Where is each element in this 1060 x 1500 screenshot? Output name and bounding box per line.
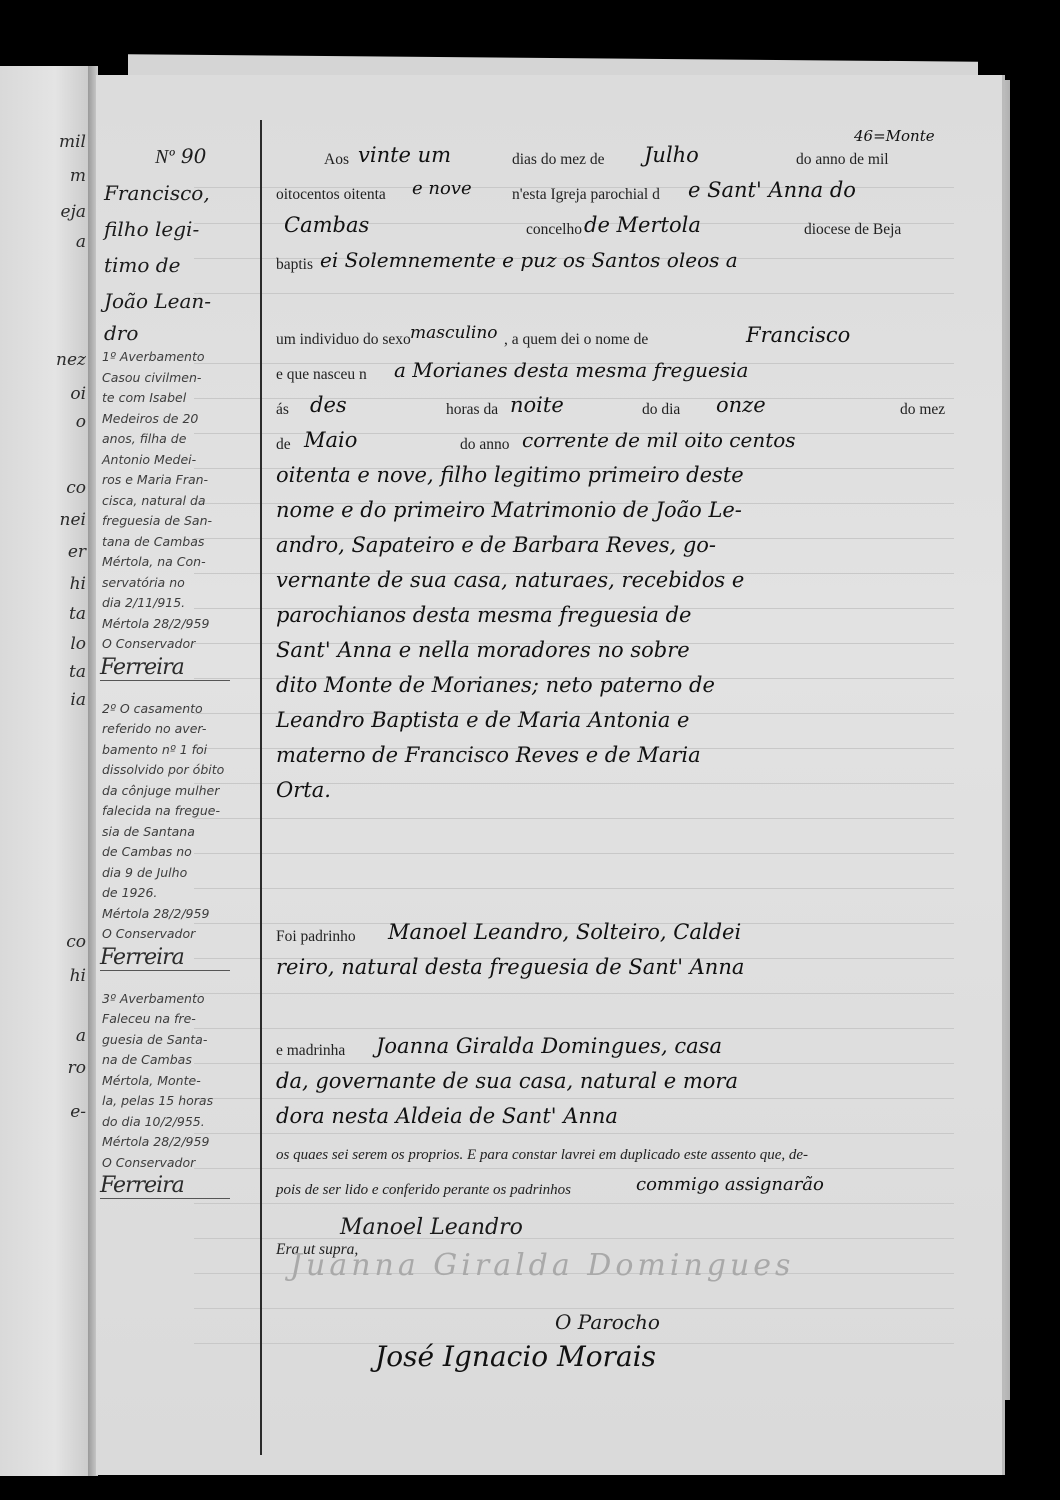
signature-godfather: Manoel Leandro bbox=[340, 1215, 523, 1240]
godfather-name: Manoel Leandro, Solteiro, Caldei bbox=[388, 920, 741, 944]
registrar-signature: Ferreira bbox=[100, 945, 230, 971]
annotation-3-death: 3º Averbamento Faleceu na fre- guesia de… bbox=[100, 989, 258, 1200]
margin-column: Nº 90 Francisco, filho legi- timo de Joã… bbox=[100, 138, 258, 1199]
page-fragment: e- bbox=[70, 1102, 86, 1122]
page-fragment: lo bbox=[70, 634, 86, 654]
annotation-2-dissolution: 2º O casamento referido no aver- bamento… bbox=[100, 699, 258, 971]
record-line-birthplace: e que nasceu n a Morianes desta mesma fr… bbox=[276, 358, 956, 393]
page-fragment: ta bbox=[69, 662, 86, 682]
record-line-date: Aos vinte um dias do mez de Julho do ann… bbox=[276, 143, 956, 178]
page-fragment: a bbox=[76, 232, 86, 252]
record-line-birth-time: ás des horas da noite do dia onze do mez bbox=[276, 393, 956, 428]
record-number: Nº 90 bbox=[100, 138, 258, 175]
parentage-narrative: oitenta e nove, filho legitimo primeiro … bbox=[276, 463, 956, 813]
closing-line-2: pois de ser lido e conferido perante os … bbox=[276, 1174, 956, 1209]
godmother-line: e madrinha Joanna Giralda Domingues, cas… bbox=[276, 1034, 956, 1069]
page-fragment: a bbox=[76, 1026, 86, 1046]
record-number-value: 90 bbox=[181, 144, 206, 168]
page-fragment: ro bbox=[68, 1058, 86, 1078]
priest-title: O Parocho bbox=[555, 1310, 660, 1334]
concelho-value: de Mertola bbox=[584, 213, 701, 237]
page-fragment: mil bbox=[59, 132, 86, 152]
godfather-line: Foi padrinho Manoel Leandro, Solteiro, C… bbox=[276, 920, 956, 955]
parish-value: e Sant' Anna do bbox=[688, 178, 856, 202]
page-fragment: co bbox=[66, 932, 86, 952]
page-fragment: nez bbox=[56, 350, 86, 370]
page-fragment: hi bbox=[70, 574, 86, 594]
signature-godmother: Juanna Giralda Domingues bbox=[290, 1248, 794, 1283]
record-line-concelho: Cambas concelho de Mertola diocese de Be… bbox=[276, 213, 956, 248]
child-name-value: Francisco bbox=[746, 323, 850, 347]
page-fragment: eja bbox=[61, 202, 86, 222]
page-fragment: nei bbox=[60, 510, 86, 530]
page-fragment: ta bbox=[69, 604, 86, 624]
record-line-year-church: oitocentos oitenta e nove n'esta Igreja … bbox=[276, 178, 956, 213]
closing-line-1: os quaes sei serem os proprios. E para c… bbox=[276, 1139, 956, 1174]
corner-annotation: 46=Monte bbox=[854, 127, 935, 145]
record-line-sex-name: um individuo do sexo masculino , a quem … bbox=[276, 323, 956, 358]
record-line-baptised: baptis ei Solemnemente e puz os Santos o… bbox=[276, 248, 956, 283]
day-value: vinte um bbox=[358, 143, 451, 167]
signature-priest: José Ignacio Morais bbox=[375, 1340, 656, 1373]
month-value: Julho bbox=[644, 143, 699, 167]
page-fragment: ia bbox=[70, 690, 86, 710]
margin-divider bbox=[260, 120, 262, 1455]
page-fragment: o bbox=[76, 412, 86, 432]
baptism-record-body: Aos vinte um dias do mez de Julho do ann… bbox=[276, 143, 956, 813]
page-fragment: co bbox=[66, 478, 86, 498]
registrar-signature: Ferreira bbox=[100, 1173, 230, 1199]
margin-child-name: Francisco, filho legi- timo de João Lean… bbox=[100, 175, 258, 347]
previous-page-edge: mil m eja a nez oi o co nei er hi ta lo … bbox=[0, 66, 92, 1476]
godmother-name: Joanna Giralda Domingues, casa bbox=[376, 1034, 722, 1058]
page-fragment: m bbox=[70, 166, 86, 186]
record-line-birth-month: de Maio do anno corrente de mil oito cen… bbox=[276, 428, 956, 463]
annotation-1-marriage: 1º Averbamento Casou civilmen- te com Is… bbox=[100, 347, 258, 681]
page-fragment: er bbox=[68, 542, 86, 562]
page-fragment: hi bbox=[70, 966, 86, 986]
registrar-signature: Ferreira bbox=[100, 655, 230, 681]
page-fragment: oi bbox=[70, 384, 86, 404]
